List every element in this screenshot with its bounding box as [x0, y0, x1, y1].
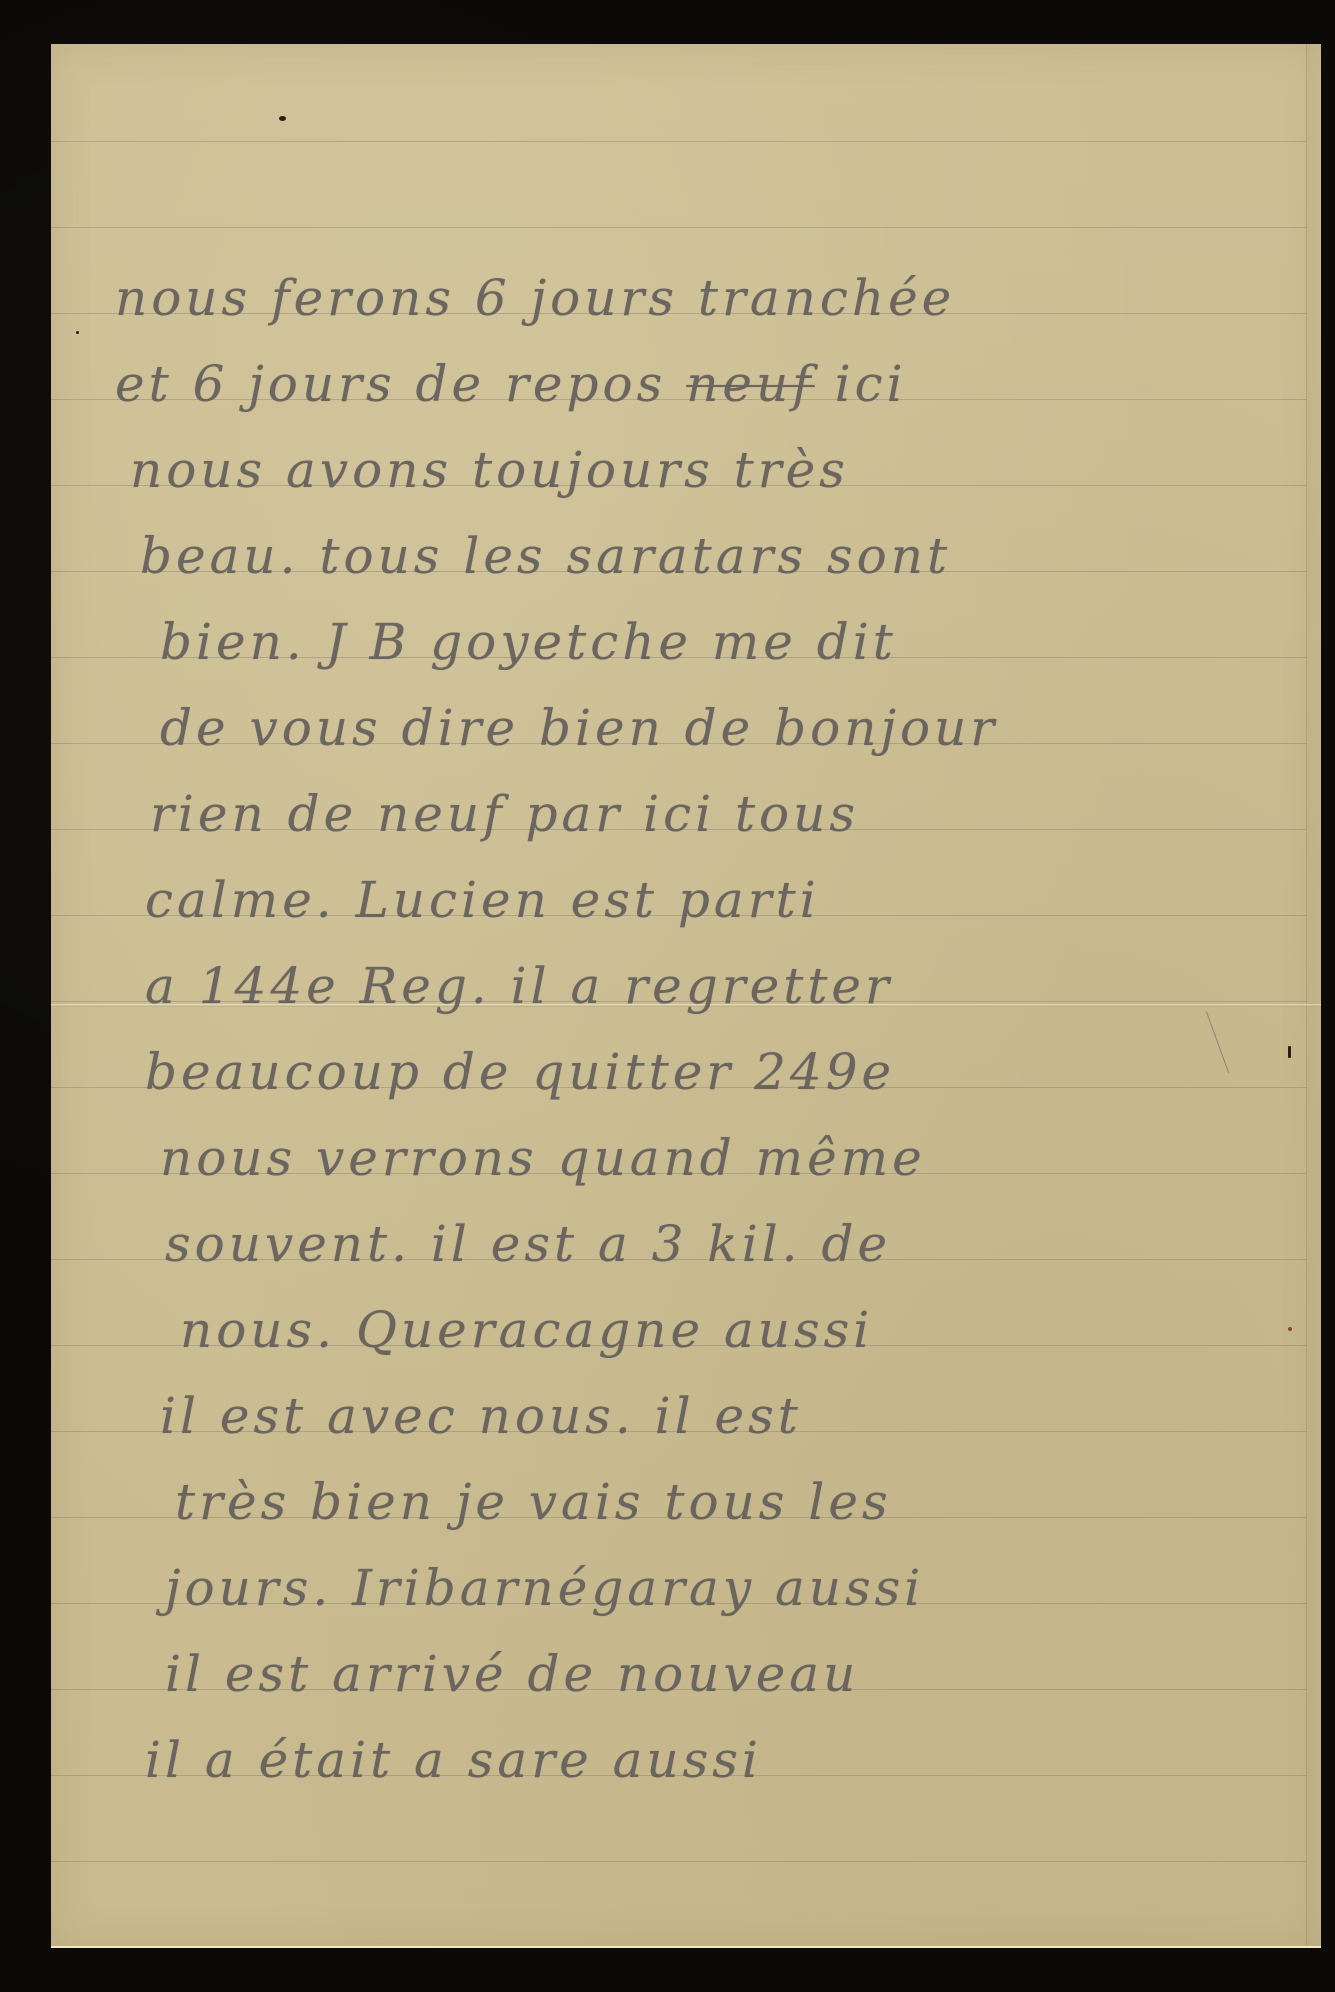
scanned-letter: nous ferons 6 jours tranchéeet 6 jours d…	[0, 0, 1335, 1992]
handwritten-line: rien de neuf par ici tous	[150, 789, 859, 839]
struck-word: neuf	[686, 355, 815, 413]
ruled-line	[51, 141, 1307, 142]
handwritten-line: il a était a sare aussi	[145, 1735, 762, 1785]
handwritten-line: a 144e Reg. il a regretter	[145, 961, 893, 1011]
letter-page: nous ferons 6 jours tranchéeet 6 jours d…	[51, 44, 1321, 1946]
handwritten-line: bien. J B goyetche me dit	[160, 617, 897, 667]
handwritten-line: calme. Lucien est parti	[145, 875, 820, 925]
handwritten-line: nous ferons 6 jours tranchée	[115, 273, 955, 323]
handwritten-line: nous verrons quand même	[160, 1133, 926, 1183]
page-edge-strip	[1306, 44, 1321, 1946]
handwritten-line: de vous dire bien de bonjour	[160, 703, 998, 753]
handwritten-line: nous avons toujours très	[130, 445, 849, 495]
ink-speck	[1288, 1046, 1291, 1058]
handwritten-line: souvent. il est a 3 kil. de	[165, 1219, 891, 1269]
handwritten-line: beaucoup de quitter 249e	[145, 1047, 895, 1097]
handwritten-line: jours. Iribarnégaray aussi	[165, 1563, 924, 1613]
ink-speck	[279, 116, 286, 121]
handwritten-line: et 6 jours de repos neuf ici	[115, 359, 907, 409]
handwritten-line: très bien je vais tous les	[175, 1477, 892, 1527]
ink-speck	[76, 331, 79, 334]
handwritten-line: il est avec nous. il est	[160, 1391, 802, 1441]
pencil-stroke	[1206, 1012, 1229, 1073]
handwritten-line: il est arrivé de nouveau	[165, 1649, 859, 1699]
handwritten-line: beau. tous les saratars sont	[140, 531, 951, 581]
ruled-line	[51, 227, 1307, 228]
handwritten-line: nous. Queracagne aussi	[180, 1305, 873, 1355]
ink-speck	[1288, 1327, 1292, 1331]
ruled-line	[51, 1861, 1307, 1862]
